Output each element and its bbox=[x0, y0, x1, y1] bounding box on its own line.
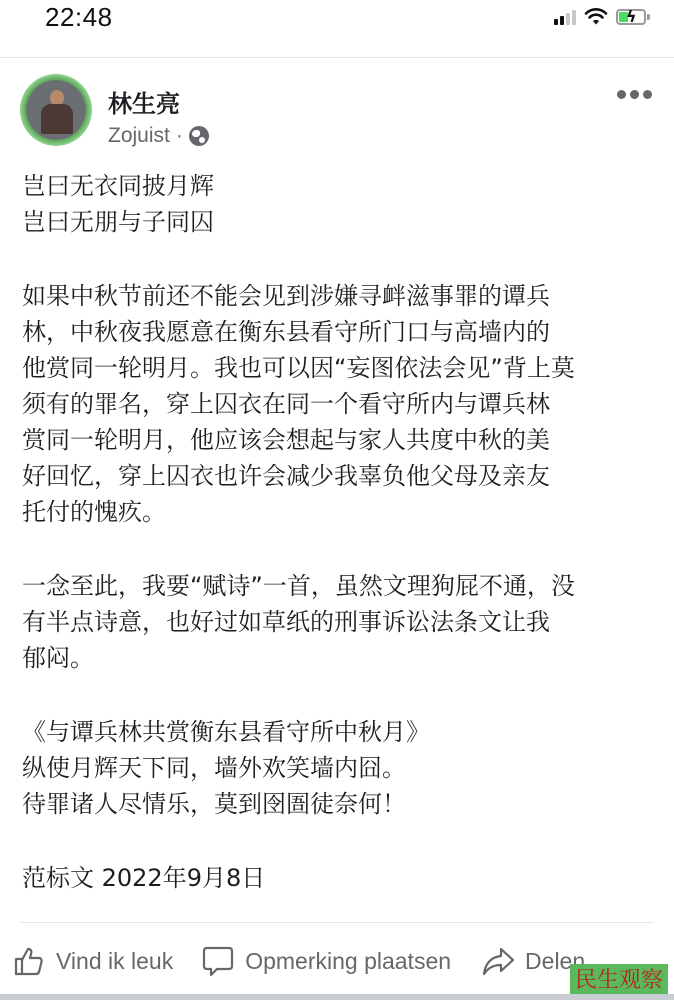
status-icons: ϟ bbox=[554, 8, 650, 26]
comment-icon bbox=[201, 944, 235, 978]
text-line: 赏同一轮明月，他应该会想起与家人共度中秋的美 bbox=[22, 422, 662, 458]
post-header: 林生亮 Zojuist · bbox=[20, 74, 660, 154]
text-line: 他赏同一轮明月。我也可以因“妄图依法会见”背上莫 bbox=[22, 350, 662, 386]
poem-line: 纵使月辉天下同，墙外欢笑墙内囧。 bbox=[22, 750, 662, 786]
post-time[interactable]: Zojuist bbox=[108, 124, 170, 148]
like-label: Vind ik leuk bbox=[56, 948, 173, 975]
text-line: 有半点诗意，也好过如草纸的刑事诉讼法条文让我 bbox=[22, 604, 662, 640]
poem-line: 待罪诸人尽情乐，莫到囹圄徒奈何！ bbox=[22, 786, 662, 822]
text-line: 林，中秋夜我愿意在衡东县看守所门口与高墙内的 bbox=[22, 314, 662, 350]
globe-icon bbox=[189, 126, 209, 146]
actions-divider bbox=[20, 922, 654, 923]
comment-label: Opmerking plaatsen bbox=[245, 948, 451, 975]
text-line: 须有的罪名，穿上囚衣在同一个看守所内与谭兵林 bbox=[22, 386, 662, 422]
text-line: 岂曰无朋与子同囚 bbox=[22, 204, 662, 240]
text-line: 托付的愧疚。 bbox=[22, 494, 662, 530]
meta-separator: · bbox=[176, 124, 183, 148]
text-line: 郁闷。 bbox=[22, 640, 662, 676]
text-line: 一念至此，我要“赋诗”一首，虽然文理狗屁不通，没 bbox=[22, 568, 662, 604]
watermark: 民生观察 bbox=[570, 964, 668, 997]
wifi-icon bbox=[584, 8, 608, 26]
signature-line: 范标文 2022年9月8日 bbox=[22, 860, 662, 896]
post-body: 岂曰无衣同披月辉 岂曰无朋与子同囚 如果中秋节前还不能会见到涉嫌寻衅滋事罪的谭兵… bbox=[22, 168, 662, 896]
status-bar: 22:48 ϟ bbox=[0, 0, 674, 56]
share-icon bbox=[481, 944, 515, 978]
text-line: 如果中秋节前还不能会见到涉嫌寻衅滋事罪的谭兵 bbox=[22, 278, 662, 314]
post-meta: Zojuist · bbox=[108, 124, 209, 148]
thumbs-up-icon bbox=[12, 944, 46, 978]
like-button[interactable]: Vind ik leuk bbox=[12, 944, 173, 978]
poem-title: 《与谭兵林共赏衡东县看守所中秋月》 bbox=[22, 714, 662, 750]
author-name[interactable]: 林生亮 bbox=[108, 84, 180, 119]
text-line: 岂曰无衣同披月辉 bbox=[22, 168, 662, 204]
status-time: 22:48 bbox=[45, 2, 113, 33]
bottom-bar bbox=[0, 994, 674, 1000]
text-line: 好回忆，穿上囚衣也许会减少我辜负他父母及亲友 bbox=[22, 458, 662, 494]
signal-icon bbox=[554, 9, 576, 25]
more-options-button[interactable] bbox=[617, 90, 652, 99]
more-horizontal-icon bbox=[617, 90, 626, 99]
avatar[interactable] bbox=[20, 74, 92, 146]
battery-charging-icon: ϟ bbox=[616, 9, 650, 25]
top-divider bbox=[0, 57, 674, 58]
comment-button[interactable]: Opmerking plaatsen bbox=[201, 944, 451, 978]
